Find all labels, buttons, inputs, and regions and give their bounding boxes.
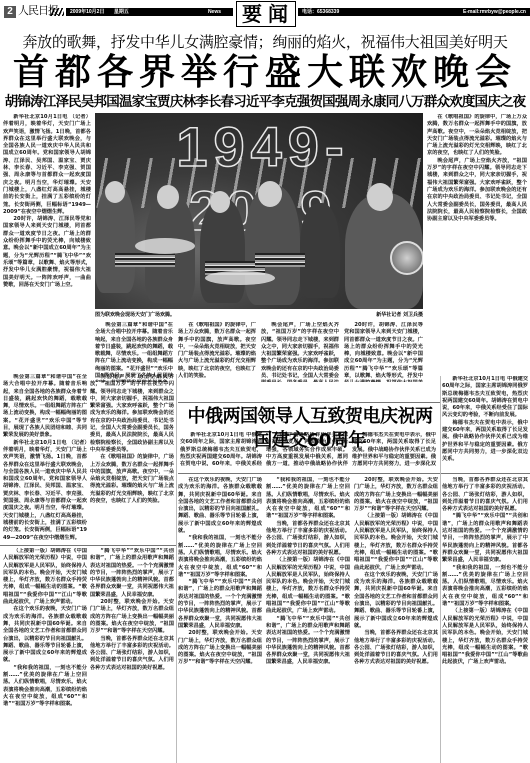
lower-paragraph: （上接第一版）胡锦涛在《中国人民解放军的光荣历程》中说，中国人民解放军是人民军队… [354,513,438,571]
lead-paragraph: 在《歌唱祖国》的旋律中，广场上万众欢腾，数万名群众一起挥舞手中的国旗，放声高歌。… [90,454,174,505]
dancer-head [258,181,282,207]
lower-paragraph: “腾飞中华”“欢乐中国”“共创和谐”，广场上的群众用歌声和舞蹈表达对祖国的热爱。… [266,616,350,667]
lead-paragraph: 在《歌唱祖国》的旋律中，广场上万众欢腾，数万名群众一起挥舞手中的国旗，放声高歌。… [427,114,527,158]
section-divider [0,545,176,546]
lead-paragraph: 新华社北京10月1日电 （记者）伴着明月，映着华灯，天安门广场上欢声笑语，激情飞… [3,440,87,542]
photo-credit: 新华社记者 刘卫兵摄 [370,312,423,319]
column-rule [440,376,441,763]
section-en-label: News [208,8,221,16]
lower-paragraph: （上接第一版）胡锦涛在《中国人民解放军的光荣历程》中说，中国人民解放军是人民军队… [3,548,87,606]
lead-paragraph: 在《歌唱祖国》的旋律中，广场上万众欢腾，数万名群众一起挥舞手中的国旗，放声高歌。… [178,322,256,380]
lead-column-3: 在《歌唱祖国》的旋律中，广场上万众欢腾，数万名群众一起挥舞手中的国旗，放声高歌。… [178,322,256,382]
waving-scarf [205,271,275,285]
lower-paragraph: 在这个欢乐的夜晚，天安门广场成为欢乐的海洋。各族群众载歌载舞，共同庆祝新中国60… [354,572,438,630]
lower-paragraph: （上接第一版）胡锦涛在《中国人民解放军的光荣历程》中说，中国人民解放军是人民军队… [442,608,528,666]
lower-paragraph: “腾飞中华”“欢乐中国”“共创和谐”，广场上的群众用歌声和舞蹈表达对祖国的热爱。… [178,579,262,630]
lower-column-6: 当晚，首都各界群众还在北京其他地方举行了丰富多彩的庆祝活动。各公园、广场张灯结彩… [442,477,528,761]
lower-paragraph: “我和我的祖国，一刻也不能分割……”优美的旋律在广场上空回荡。人们纵情歌唱，尽情… [266,477,350,521]
lead-paragraph: 20时许，胡锦涛、江泽民等党和国家领导人来到天安门城楼，同首都群众一道欢度节日之… [344,322,423,382]
lead-subheadline: 胡锦涛江泽民吴邦国温家宝贾庆林李长春习近平李克强贺国强周永康同八万群众欢度国庆之… [0,93,530,111]
lower-paragraph: “我和我的祖国，一刻也不能分割……”优美的旋律在广场上空回荡。人们纵情歌唱，尽情… [3,665,87,709]
lower-column-1: （上接第一版）胡锦涛在《中国人民解放军的光荣历程》中说，中国人民解放军是人民军队… [3,548,87,761]
dancer-skirt [115,253,175,267]
lower-paragraph: 当晚，首都各界群众还在北京其他地方举行了丰富多彩的庆祝活动。各公园、广场张灯结彩… [90,636,174,672]
lower-paragraph: 当晚，首都各界群众还在北京其他地方举行了丰富多彩的庆祝活动。各公园、广场张灯结彩… [266,521,350,557]
lead-headline: 首都各界举行盛大联欢晚会 [0,52,530,94]
email-address: E-mail:rmrbyw@people.cn [463,8,526,16]
column-rule [176,374,177,763]
phone-number: 电话：65368339 [302,9,339,15]
lower-paragraph: “腾飞中华”“欢乐中国”“共创和谐”，广场上的群众用歌声和舞蹈表达对祖国的热爱。… [442,513,528,564]
lower-paragraph: 20时整，联欢晚会开始。天安门广场上，华灯齐放，数万名群众组成的方阵在广场上变换… [178,630,262,666]
dancer-head [367,183,393,211]
lower-column-4: “我和我的祖国，一刻也不能分割……”优美的旋律在广场上空回荡。人们纵情歌唱，尽情… [266,477,350,761]
section-divider [178,473,530,474]
masthead: 2 人民日报 2009年10月2日 星期五 News 要闻 电话：6536833… [0,0,530,30]
lower-paragraph: （上接第一版）胡锦涛在《中国人民解放军的光荣历程》中说，中国人民解放军是人民军队… [266,557,350,615]
lead-column-7: 晚会尾声，广场上空焰火齐放，“祖国万岁”的字样在夜空中闪耀。领导同志走下城楼，来… [90,374,174,542]
lead-paragraph: 晚会尾声，广场上空焰火齐放，“祖国万岁”的字样在夜空中闪耀。领导同志走下城楼，来… [427,158,527,224]
hand-drum [390,241,423,275]
lower-paragraph: 20时整，联欢晚会开始。天安门广场上，华灯齐放，数万名群众组成的方阵在广场上变换… [90,599,174,635]
waving-scarf [135,238,195,254]
lead-photo: 1949-2009 [95,113,423,309]
lead-column-1: 新华社北京10月1日电 （记者）伴着明月，映着华灯，天安门广场上欢声笑语，激情飞… [3,114,91,372]
dancer-head [105,181,125,203]
second-column-3: 梅德韦杰夫在贺电中表示，俄中建交60年来，两国关系取得了长足发展。俄中战略协作伙… [352,432,436,466]
lower-paragraph: “腾飞中华”“欢乐中国”“共创和谐”，广场上的群众用歌声和舞蹈表达对祖国的热爱。… [90,548,174,599]
dancer-figure [300,203,340,298]
second-column-1: 新华社北京10月1日电 中俄建交60周年之际，国家主席胡锦涛同俄罗斯总统梅德韦杰… [180,432,262,466]
hatch-decoration [50,8,64,16]
issue-weekday: 星期五 [114,9,129,15]
lower-paragraph: 当晚，首都各界群众还在北京其他地方举行了丰富多彩的庆祝活动。各公园、广场张灯结彩… [354,630,438,666]
lead-column-2: 晚会第三篇章“和谐中国”在全场大合唱中拉开序幕。随着音乐响起，来自全国各地的各族… [95,322,173,382]
lower-column-3: 在这个欢乐的夜晚，天安门广场成为欢乐的海洋。各族群众载歌载舞，共同庆祝新中国60… [178,477,262,761]
second-column-4: 新华社北京10月1日电 中俄建交60周年之际，国家主席胡锦涛同俄罗斯总统梅德韦杰… [442,376,528,476]
lower-paragraph: “我和我的祖国，一刻也不能分割……”优美的旋律在广场上空回荡。人们纵情歌唱，尽情… [442,565,528,609]
lead-column-4: 晚会尾声，广场上空焰火齐放，“祖国万岁”的字样在夜空中闪耀。领导同志走下城楼，来… [261,322,339,382]
lower-paragraph: 在这个欢乐的夜晚，天安门广场成为欢乐的海洋。各族群众载歌载舞，共同庆祝新中国60… [178,477,262,535]
second-paragraph: 梅德韦杰夫在贺电中表示，俄中建交60年来，两国关系取得了长足发展。俄中战略协作伙… [442,420,528,464]
lower-paragraph: 20时整，联欢晚会开始。天安门广场上，华灯齐放，数万名群众组成的方阵在广场上变换… [354,477,438,513]
lead-kicker: 奔放的歌舞，抒发中华儿女满腔豪情；绚丽的焰火，祝福伟大祖国美好明天 [0,32,530,52]
second-column-2: 当前中俄战略协作伙伴关系保持高水平发展，两国政治互信不断增强，各领域务实合作成果… [266,432,348,466]
lead-paragraph: 晚会第三篇章“和谐中国”在全场大合唱中拉开序幕。随着音乐响起，来自全国各地的各族… [95,322,173,382]
lower-paragraph: “我和我的祖国，一刻也不能分割……”优美的旋律在广场上空回荡。人们纵情歌唱，尽情… [178,535,262,579]
dancer-head [157,185,179,209]
lead-paragraph: 晚会尾声，广场上空焰火齐放，“祖国万岁”的字样在夜空中闪耀。领导同志走下城楼，来… [90,374,174,454]
lead-column-6: 晚会第三篇章“和谐中国”在全场大合唱中拉开序幕。随着音乐响起，来自全国各地的各族… [3,374,87,542]
lead-paragraph: 晚会尾声，广场上空焰火齐放，“祖国万岁”的字样在夜空中闪耀。领导同志走下城楼，来… [261,322,339,382]
dancer-head [210,191,230,213]
lead-paragraph: 晚会第三篇章“和谐中国”在全场大合唱中拉开序幕。随着音乐响起，来自全国各地的各族… [3,374,87,440]
lead-paragraph: 20时许，胡锦涛、江泽民等党和国家领导人来到天安门城楼，同首都群众一道欢度节日之… [3,216,91,289]
photo-caption: 图为联欢晚会现场天安门广场欢腾。 [95,312,295,319]
page-number: 2 [4,6,16,18]
lead-column-5: 20时许，胡锦涛、江泽民等党和国家领导人来到天安门城楼，同首都群众一道欢度节日之… [344,322,423,382]
section-divider [178,402,440,403]
date-bar: 2009年10月2日 星期五 News [66,8,233,16]
lower-paragraph: 在这个欢乐的夜晚，天安门广场成为欢乐的海洋。各族群众载歌载舞，共同庆祝新中国60… [3,606,87,664]
lead-paragraph: 新华社北京10月1日电 （记者）伴着明月，映着华灯，天安门广场上欢声笑语，激情飞… [3,114,91,216]
lower-column-2: “腾飞中华”“欢乐中国”“共创和谐”，广场上的群众用歌声和舞蹈表达对祖国的热爱。… [90,548,174,761]
dancer-figure [200,198,245,303]
contact-bar: 电话：65368339 E-mail:rmrbyw@people.cn [298,8,530,16]
second-paragraph: 新华社北京10月1日电 中俄建交60周年之际，国家主席胡锦涛同俄罗斯总统梅德韦杰… [180,432,262,466]
second-paragraph: 新华社北京10月1日电 中俄建交60周年之际，国家主席胡锦涛同俄罗斯总统梅德韦杰… [442,376,528,420]
second-paragraph: 当前中俄战略协作伙伴关系保持高水平发展，两国政治互信不断增强，各领域务实合作成果… [266,432,348,466]
issue-date: 2009年10月2日 [70,9,104,15]
second-paragraph: 梅德韦杰夫在贺电中表示，俄中建交60年来，两国关系取得了长足发展。俄中战略协作伙… [352,432,436,466]
lower-column-5: 20时整，联欢晚会开始。天安门广场上，华灯齐放，数万名群众组成的方阵在广场上变换… [354,477,438,761]
dancer-skirt [255,253,305,267]
lead-column-right: 在《歌唱祖国》的旋律中，广场上万众欢腾，数万名群众一起挥舞手中的国旗，放声高歌。… [427,114,527,372]
lower-paragraph: 当晚，首都各界群众还在北京其他地方举行了丰富多彩的庆祝活动。各公园、广场张灯结彩… [442,477,528,513]
section-title: 要闻 [236,1,296,27]
